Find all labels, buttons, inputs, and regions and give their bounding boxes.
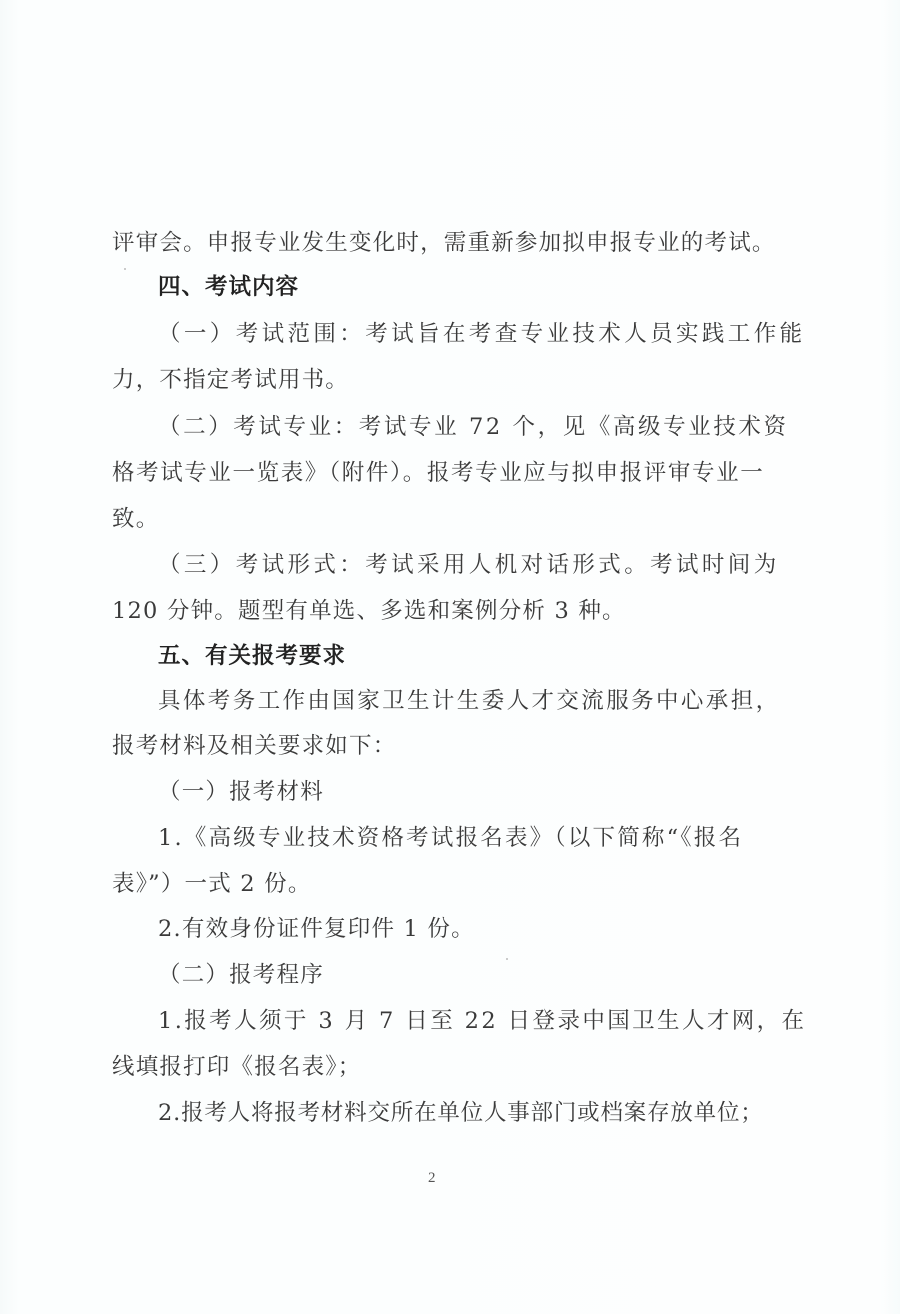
subsection-heading-materials: （一）报考材料 [158,777,838,807]
paragraph-line: 致。 [112,504,792,534]
scan-speck [124,268,126,270]
paragraph-line: （二）考试专业：考试专业 72 个，见《高级专业技术资 [158,412,838,442]
paragraph-line: 评审会。申报专业发生变化时，需重新参加拟申报专业的考试。 [112,228,792,258]
document-page: 评审会。申报专业发生变化时，需重新参加拟申报专业的考试。 四、考试内容 （一）考… [0,0,900,1314]
paragraph-line: （三）考试形式：考试采用人机对话形式。考试时间为 [158,550,838,580]
paragraph-line: 2.报考人将报考材料交所在单位人事部门或档案存放单位； [158,1098,838,1128]
paragraph-line: 表》”）一式 2 份。 [112,869,792,899]
paragraph-line: 格考试专业一览表》（附件）。报考专业应与拟申报评审专业一 [112,458,792,488]
paragraph-line: 具体考务工作由国家卫生计生委人才交流服务中心承担， [158,686,838,716]
paragraph-line: 1.《高级专业技术资格考试报名表》（以下简称“《报名 [158,823,838,853]
paragraph-line: 报考材料及相关要求如下： [112,731,792,761]
paragraph-line: 1.报考人须于 3 月 7 日至 22 日登录中国卫生人才网，在 [158,1006,838,1036]
paragraph-line: （一）考试范围：考试旨在考查专业技术人员实践工作能 [158,319,838,349]
subsection-heading-procedure: （二）报考程序 [158,960,838,990]
paragraph-line: 力，不指定考试用书。 [112,365,792,395]
paragraph-line: 120 分钟。题型有单选、多选和案例分析 3 种。 [112,596,792,626]
section-heading-exam-requirements: 五、有关报考要求 [158,641,838,671]
page-number: 2 [428,1170,436,1187]
paragraph-line: 2.有效身份证件复印件 1 份。 [158,914,838,944]
section-heading-exam-content: 四、考试内容 [158,272,838,302]
paragraph-line: 线填报打印《报名表》； [112,1052,792,1082]
scan-speck [506,958,508,960]
